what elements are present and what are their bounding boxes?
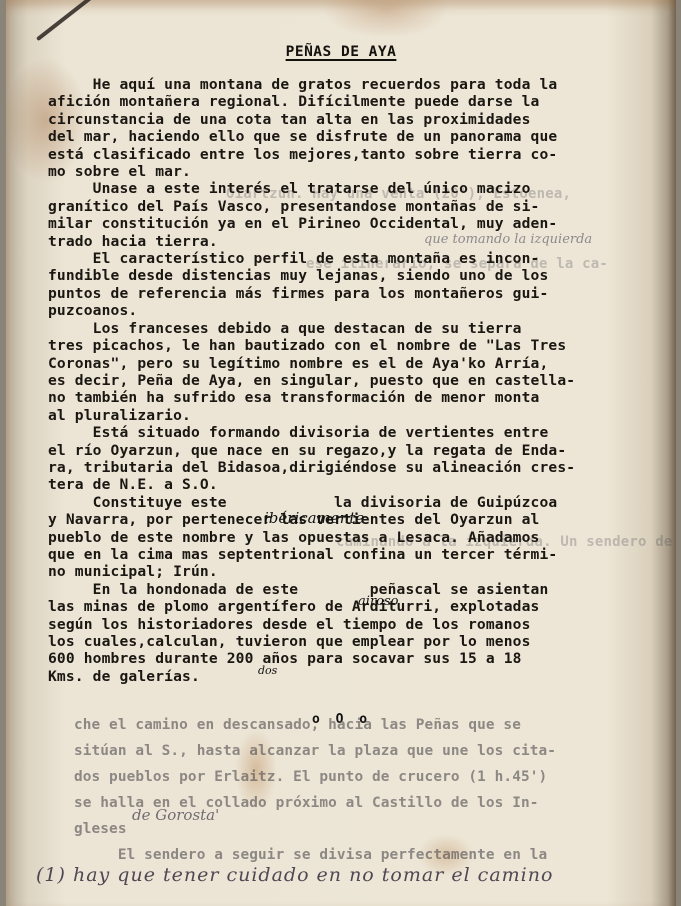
typed-line: el río Oyarzun, que nace en su regazo,y …: [48, 442, 678, 459]
paper-crease: [36, 0, 94, 41]
typed-line: milar constitución ya en el Pirineo Occi…: [48, 215, 678, 232]
handwritten-footnote: (1) hay que tener cuidado en no tomar el…: [36, 864, 676, 886]
typed-line: no también ha sufrido esa transformación…: [48, 389, 678, 406]
typed-line: es decir, Peña de Aya, en singular, pues…: [48, 372, 678, 389]
reverse-side-line: sitúan al S., hasta alcanzar la plaza qu…: [74, 738, 674, 764]
typed-line: afición montañera regional. Difícilmente…: [48, 93, 678, 110]
typed-line: Está situado formando divisoria de verti…: [48, 424, 678, 441]
typed-line: Coronas", pero su legítimo nombre es el …: [48, 355, 678, 372]
typed-line: del mar, haciendo ello que se disfrute d…: [48, 128, 678, 145]
typed-line: 600 hombres durante 200 años para socava…: [48, 650, 678, 667]
typed-line: al pluralizario.: [48, 407, 678, 424]
document-title: PEÑAS DE AYA: [6, 44, 676, 60]
handwritten-insert: de Gorosta': [132, 806, 219, 824]
handwritten-margin-note: que tomando la izquierda: [424, 232, 592, 247]
typed-line: según los historiadores desde el tiempo …: [48, 616, 678, 633]
typed-line: He aquí una montana de gratos recuerdos …: [48, 76, 678, 93]
typed-line: está clasificado entre los mejores,tanto…: [48, 146, 678, 163]
typed-line: los cuales,calculan, tuvieron que emplea…: [48, 633, 678, 650]
handwritten-insert: ibéricamente: [264, 509, 364, 527]
typed-line: tres picachos, le han bautizado con el n…: [48, 337, 678, 354]
reverse-side-line: che el camino en descansado, hacia las P…: [74, 712, 674, 738]
title-text: PEÑAS DE AYA: [286, 44, 397, 60]
typed-line: mo sobre el mar.: [48, 163, 678, 180]
typed-line: tera de N.E. a S.O.: [48, 476, 678, 493]
typed-line: circunstancia de una cota tan alta en la…: [48, 111, 678, 128]
typed-line: puntos de referencia más firmes para los…: [48, 285, 678, 302]
typed-line: ra, tributaria del Bidasoa,dirigiéndose …: [48, 459, 678, 476]
typed-line: El característico perfil de esta montaña…: [48, 250, 678, 267]
typed-line: pueblo de este nombre y las opuestas a L…: [48, 529, 678, 546]
typed-line: Los franceses debido a que destacan de s…: [48, 320, 678, 337]
typed-line: puzcoanos.: [48, 302, 678, 319]
reverse-side-line: dos pueblos por Erlaitz. El punto de cru…: [74, 764, 674, 790]
typed-line: Kms. de galerías.: [48, 668, 678, 685]
handwritten-insert: airoso: [358, 594, 398, 609]
handwritten-insert: dos: [258, 664, 277, 677]
typed-line: fundible desde distencias muy lejanas, s…: [48, 267, 678, 284]
typed-line: no municipal; Irún.: [48, 563, 678, 580]
reverse-side-text: che el camino en descansado, hacia las P…: [74, 712, 674, 868]
typed-line: Unase a este interés el tratarse del úni…: [48, 180, 678, 197]
typed-line: granítico del País Vasco, presentandose …: [48, 198, 678, 215]
document-page: Oiartzun. Hay una venta (20'), Estoenea,…: [6, 0, 676, 906]
typed-line: que en la cima mas septentrional confina…: [48, 546, 678, 563]
